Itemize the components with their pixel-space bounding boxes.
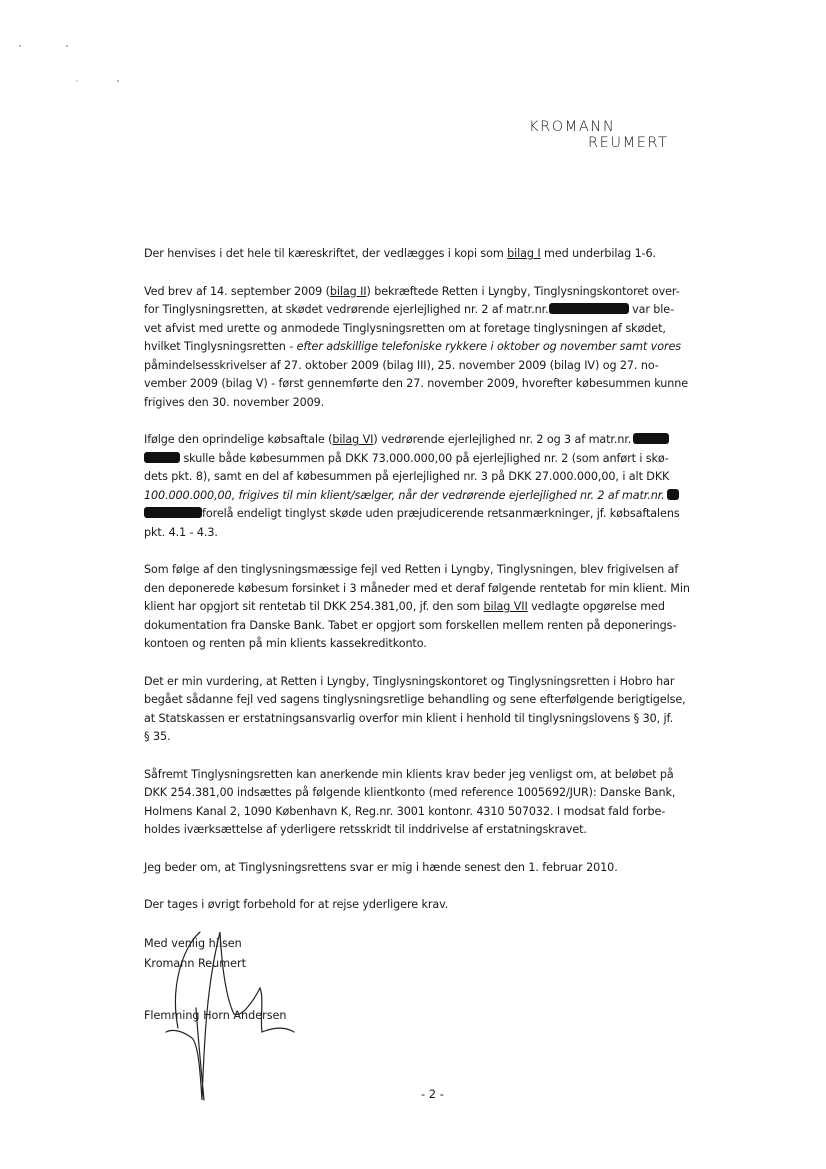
text: frigives den 30. november 2009. [144, 394, 724, 413]
text: Ved brev af 14. september 2009 ( [144, 285, 330, 298]
paragraph-reference: Der henvises i det hele til kæreskriftet… [144, 245, 724, 264]
attachment-ref: bilag VII [484, 600, 528, 613]
text: vember 2009 (bilag V) - først gennemført… [144, 375, 724, 394]
text: - efter adskillige telefoniske rykkere i… [289, 340, 681, 353]
text: 100.000.000,00, frigives til min klient/… [144, 489, 665, 502]
text: Jeg beder om, at Tinglysningsrettens sva… [144, 859, 724, 878]
letterhead-logo: KROMANN REUMERT [529, 119, 669, 151]
text: hvilket Tinglysningsretten [144, 340, 289, 353]
text: pkt. 4.1 - 4.3. [144, 524, 724, 543]
text: vedlagte opgørelse med [528, 600, 665, 613]
text: DKK 254.381,00 indsættes på følgende kli… [144, 784, 724, 803]
text: skulle både købesummen på DKK 73.000.000… [180, 452, 669, 465]
paragraph-interest-loss: Som følge af den tinglysningsmæssige fej… [144, 561, 724, 654]
text: Der henvises i det hele til kæreskriftet… [144, 247, 507, 260]
scan-speck [66, 45, 68, 47]
attachment-ref: bilag II [330, 285, 367, 298]
text: den deponerede købesum forsinket i 3 mån… [144, 580, 724, 599]
scan-speck [19, 45, 21, 47]
page-number: - 2 - [421, 1087, 444, 1101]
closing-block: Med venlig hilsen Kromann Reumert [144, 934, 246, 974]
text: med underbilag 1-6. [541, 247, 656, 260]
text: Ifølge den oprindelige købsaftale ( [144, 433, 332, 446]
text: § 35. [144, 728, 724, 747]
attachment-ref: bilag VI [332, 433, 373, 446]
closing-firm: Kromann Reumert [144, 954, 246, 974]
text: ) bekræftede Retten i Lyngby, Tinglysnin… [367, 285, 680, 298]
attachment-ref: bilag I [507, 247, 540, 260]
text: for Tinglysningsretten, at skødet vedrør… [144, 303, 549, 316]
paragraph-deadline: Jeg beder om, at Tinglysningsrettens sva… [144, 859, 724, 878]
paragraph-purchase-agreement: Ifølge den oprindelige købsaftale (bilag… [144, 431, 724, 542]
redaction-block [144, 452, 180, 463]
paragraph-liability: Det er min vurdering, at Retten i Lyngby… [144, 673, 724, 747]
text: påmindelsesskrivelser af 27. oktober 200… [144, 357, 724, 376]
text: dets pkt. 8), samt en del af købesummen … [144, 468, 724, 487]
scan-speck [76, 80, 78, 82]
text: klient har opgjort sit rentetab til DKK … [144, 600, 484, 613]
text: vet afvist med urette og anmodede Tingly… [144, 320, 724, 339]
text: Holmens Kanal 2, 1090 København K, Reg.n… [144, 803, 724, 822]
redaction-block [549, 303, 629, 314]
redaction-block [633, 433, 669, 444]
text: Der tages i øvrigt forbehold for at rejs… [144, 896, 724, 915]
text: Det er min vurdering, at Retten i Lyngby… [144, 673, 724, 692]
text: Såfremt Tinglysningsretten kan anerkende… [144, 766, 724, 785]
letter-body: Der henvises i det hele til kæreskriftet… [144, 245, 724, 934]
signer-name: Flemming Horn Andersen [144, 1009, 287, 1022]
paragraph-reservation: Der tages i øvrigt forbehold for at rejs… [144, 896, 724, 915]
closing-greeting: Med venlig hilsen [144, 934, 246, 954]
text: at Statskassen er erstatningsansvarlig o… [144, 710, 724, 729]
text: var ble- [629, 303, 674, 316]
text: kontoen og renten på min klients kassekr… [144, 635, 724, 654]
letter-page: KROMANN REUMERT Der henvises i det hele … [0, 0, 826, 1169]
text: holdes iværksættelse af yderligere retss… [144, 821, 724, 840]
paragraph-payment-request: Såfremt Tinglysningsretten kan anerkende… [144, 766, 724, 840]
text: dokumentation fra Danske Bank. Tabet er … [144, 617, 724, 636]
text: ) vedrørende ejerlejlighed nr. 2 og 3 af… [373, 433, 631, 446]
redaction-block [144, 507, 202, 518]
redaction-block [667, 489, 679, 500]
logo-line-1: KROMANN [529, 119, 669, 135]
paragraph-chronology: Ved brev af 14. september 2009 (bilag II… [144, 283, 724, 413]
logo-line-2: REUMERT [529, 135, 669, 151]
text: begået sådanne fejl ved sagens tinglysni… [144, 691, 724, 710]
text: forelå endeligt tinglyst skøde uden præj… [202, 507, 680, 520]
scan-speck [117, 80, 119, 82]
text: Som følge af den tinglysningsmæssige fej… [144, 561, 724, 580]
